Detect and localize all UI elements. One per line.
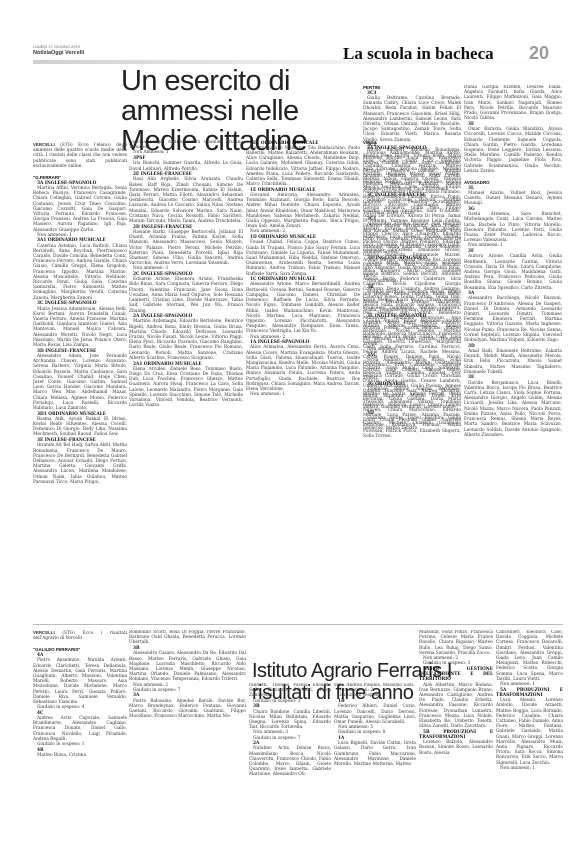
article2-col3: randotti, Thomas Pavesi, Edoardo Sella, … (249, 683, 331, 808)
student-names: Martina Affini, Veronica Bertaglia, Soni… (33, 186, 127, 233)
result-summary: Giudizio in sospeso: 4 (33, 705, 127, 710)
class-list: Bondonno Scotti, Rosa Di Foggia, Pierre … (129, 630, 246, 719)
student-names: Noemi Aguayo Montano, Tito Baldacchino, … (246, 146, 360, 188)
student-names: Syria Andiloro, Edoardo Brosa, Sofia Cam… (363, 358, 461, 410)
class-list: Dunia Giorgia Ezzebdi, Desiree Failla, A… (464, 85, 562, 438)
class-list: Narcisa Sargo, Andrei Tataru Cosmin, Ari… (129, 140, 243, 408)
class-heading: 5A PRODUZIONI E TRASFORMAZIONI (496, 688, 563, 698)
student-names: Nicolò Barbieri, Edoardo Bonadonna, Mani… (363, 148, 461, 216)
student-names: Giovanni Amicoria, Alessandro Arimatea, … (246, 193, 360, 229)
article1-col5: PERTINI 3C3Giulia Beltrame, Carolina Bre… (363, 85, 461, 615)
article1-col1: VERCELLI (STG) Ecco l'elenco degli ammes… (33, 142, 127, 604)
student-names: Natalino Actis, Denise Biava, Massimilia… (249, 746, 331, 777)
article2-col5: Mussolin, Sofia Ponzo, Francesca Putrino… (419, 630, 493, 810)
result-summary: Non ammessi: 1 (496, 682, 563, 687)
student-names: Luca Alessio, Lorenzo Andollo, Davide Ar… (496, 698, 563, 766)
article2-col1: VERCELLI (STG) Ecco i risultati dell'Agr… (33, 630, 127, 810)
student-names: Alessandro Casaro, Alessandro Da Re, Edo… (129, 651, 246, 682)
result-summary: Non ammessi: 1 (363, 279, 461, 284)
article-divider (33, 624, 563, 625)
class-list: randotti, Thomas Pavesi, Edoardo Sella, … (249, 683, 331, 778)
student-names: Chiara Bandone, Camilla Liberali, Nicola… (249, 710, 331, 731)
student-names: Edoardo Arlone, Eleonora Arsino, Franshe… (129, 277, 243, 313)
student-names: Omar Barasta, Giulia Blandizzi, Alyssa C… (464, 127, 562, 174)
school-name: "GALILEO FERRARIS" (33, 647, 127, 652)
student-names: Ibrahim Ait Bel Hadj, Safwa Aktif, Matti… (33, 443, 127, 485)
result-summary: Non ammessi: 1 (33, 233, 127, 238)
student-names: Basma Atik, Ayoub Bakkal El Idrissi, Key… (33, 417, 127, 438)
student-names: Luca Bignelli, Davide Cattin, Greta Gala… (334, 741, 416, 767)
student-names: Caterina Astemio, Luca Battioli, Chiara … (33, 244, 127, 301)
student-names: Amal Badi, Emanuele Beltrame, Zakaria Fa… (464, 349, 562, 375)
result-summary: Giudizio in sospeso: 8 (334, 730, 416, 735)
issue-date: LUNEDÌ 17 GIUGNO 2019 (33, 45, 80, 49)
result-summary: Non ammessi: 3 (129, 266, 243, 271)
student-names: Raul Alin Arghelis, Silvia Aranzato, Cla… (129, 177, 243, 224)
student-names: Mussolin, Sofia Ponzo, Francesca Putrino… (419, 630, 493, 656)
student-names: randotti, Thomas Pavesi, Edoardo Sella, … (249, 683, 331, 699)
student-names: Alessandro Arlone, Marco Bernardinelli, … (246, 282, 360, 334)
student-names: Iris Bianchi, Summer Guarda, Alfredo La … (129, 161, 243, 171)
result-summary: Giudizio in sospeso: 1 (419, 661, 493, 666)
result-summary: Non ammessi: 2 (246, 229, 360, 234)
student-names: Lorenzo Balzola, Alessandro Bassan, Simo… (419, 740, 493, 756)
article2-col6: Cancellieri, Eleonora Caso, Davide Coggi… (496, 630, 563, 810)
class-list: 4APietro Anselmino, Matilda Arienti, Edo… (33, 653, 127, 758)
class-heading: 5ASER GESTIONE DELL'AMBIENTE E DEL TERRI… (419, 667, 493, 683)
result-summary: Non Ammessi: 1 (129, 150, 243, 155)
student-names: Rawane Barki, Giuseppe Bertuccelli, Joll… (129, 230, 243, 266)
article2-col2: Bondonno Scotti, Rosa Di Foggia, Pierre … (129, 630, 246, 805)
student-names: Elena Arculeo, Daniele Beso, Tommaso Bus… (129, 367, 243, 409)
student-names: Dunia Giorgia Ezzebdi, Desiree Failla, A… (464, 85, 562, 121)
result-summary: Giudizio in sospeso: 3 (249, 699, 331, 704)
dateline: VERCELLI (33, 630, 55, 635)
class-heading: 5B PRODUZIONI E TRASFORMAZIONI (419, 730, 493, 740)
article2-col4: vero, Andrea Pissinis, Massimo Sisti.Non… (334, 683, 416, 808)
student-names: Manuel Azario, Vullnet Boci, Jessica Cas… (464, 191, 562, 207)
article2-intro: VERCELLI (STG) Ecco i risultati dell'Agr… (33, 630, 127, 641)
article1-col6: Dunia Giorgia Ezzebdi, Desiree Failla, A… (464, 85, 562, 615)
student-names: Fouad Chahid, Felicia Coppa, Beatrice Cu… (246, 240, 360, 276)
student-names: Matteo Biava, Cristina (33, 753, 127, 758)
article1-intro: VERCELLI (STG) Ecco l'elenco degli ammes… (33, 142, 127, 169)
header-rule (33, 60, 563, 64)
result-summary: Non ammessi: 1 (363, 347, 461, 352)
result-summary: Giudizio in sospeso: 7 (129, 688, 246, 693)
student-names: Matilde Berzario, Eleonora Baroni, Maria… (363, 290, 461, 347)
school-name: "G.FERRARI" (33, 175, 127, 180)
student-names: Cancellieri, Eleonora Caso, Davide Coggi… (496, 630, 563, 682)
student-names: Alessandro Adem, Jose Fernando Archundia… (33, 354, 127, 411)
article1-col2: Narcisa Sargo, Andrei Tataru Cosmin, Ari… (129, 140, 243, 620)
student-names: Alessandro Bacchiega, Nicolò Bazzoni, Fr… (464, 296, 562, 343)
result-summary: Giudizio in sospeso: 6 (334, 693, 416, 698)
student-names: Alex Albertini, Marco Badana, Ivan Bernu… (419, 683, 493, 730)
student-names: Aurora Arione, Camilla Avila, Giulia Ben… (464, 254, 562, 290)
article1-col3: 1E1 ORDINARIO MUSICALENoemi Aguayo Monta… (246, 140, 360, 620)
newspaper-brand: NotiziaOggi Vercelli (33, 50, 84, 56)
class-list: 3C3Giulia Beltrame, Carolina Bremide, Sa… (363, 91, 461, 432)
result-summary: Non ammessi: 2 (246, 335, 360, 340)
class-list: Mussolin, Sofia Ponzo, Francesca Putrino… (419, 630, 493, 756)
student-names: Narcisa Sargo, Andrei Tataru Cosmin, Ari… (129, 140, 243, 150)
school-name: AVOGADRO (464, 180, 562, 185)
student-names: Greta Armenia, Sara Bianchet, Michelange… (464, 212, 562, 243)
result-summary: Non ammessi: 1 (464, 243, 562, 248)
class-list: 3A INGLESE-SPAGNOLOMartina Affini, Veron… (33, 181, 127, 485)
class-list: vero, Andrea Pissinis, Massimo Sisti.Non… (334, 683, 416, 767)
student-names: Andrea Actis Caporale, Samuele Brandimar… (33, 716, 127, 742)
student-names: Alice Arimatea, Alessandro Berto, Aurora… (246, 345, 360, 392)
student-names: Alessandro Antonio Barone, Juel Bongiun … (363, 222, 461, 279)
class-list: 1E1 ORDINARIO MUSICALENoemi Aguayo Monta… (246, 141, 360, 398)
result-summary: Giudizio in sospeso: 7 (249, 736, 331, 741)
student-names: Giulia Beltrame, Carolina Bremide, Samue… (363, 96, 461, 143)
student-names: Pietro Anselmino, Matilda Arienti, Edoar… (33, 658, 127, 705)
result-summary: Non ammessi: 1 (496, 766, 563, 771)
dateline: VERCELLI (33, 142, 55, 147)
student-names: Maria Jessica Adamitroaie, Alessia Belli… (33, 307, 127, 349)
school-name: PERTINI (363, 85, 461, 90)
result-summary: Giudizio in sospeso: 1 (33, 742, 127, 747)
student-names: Martino Ardemagni, Edoardo Bertolone, Be… (129, 319, 243, 361)
student-names: Federico Albieri, Daniel Curio, Lorenzo … (334, 704, 416, 725)
result-summary: Non ammessi: 1 (246, 392, 360, 397)
student-names: Susanna Ardito, Isabel Boschini, Giulia … (363, 416, 461, 432)
student-names: Pietro Balossino, Amedeo Barale, Davide … (129, 699, 246, 720)
class-list: Cancellieri, Eleonora Caso, Davide Coggi… (496, 630, 563, 771)
student-names: Davide Bergamasco, Luca Binelli, Valenti… (464, 381, 562, 438)
student-names: Bondonno Scotti, Rosa Di Foggia, Pierre … (129, 630, 246, 646)
